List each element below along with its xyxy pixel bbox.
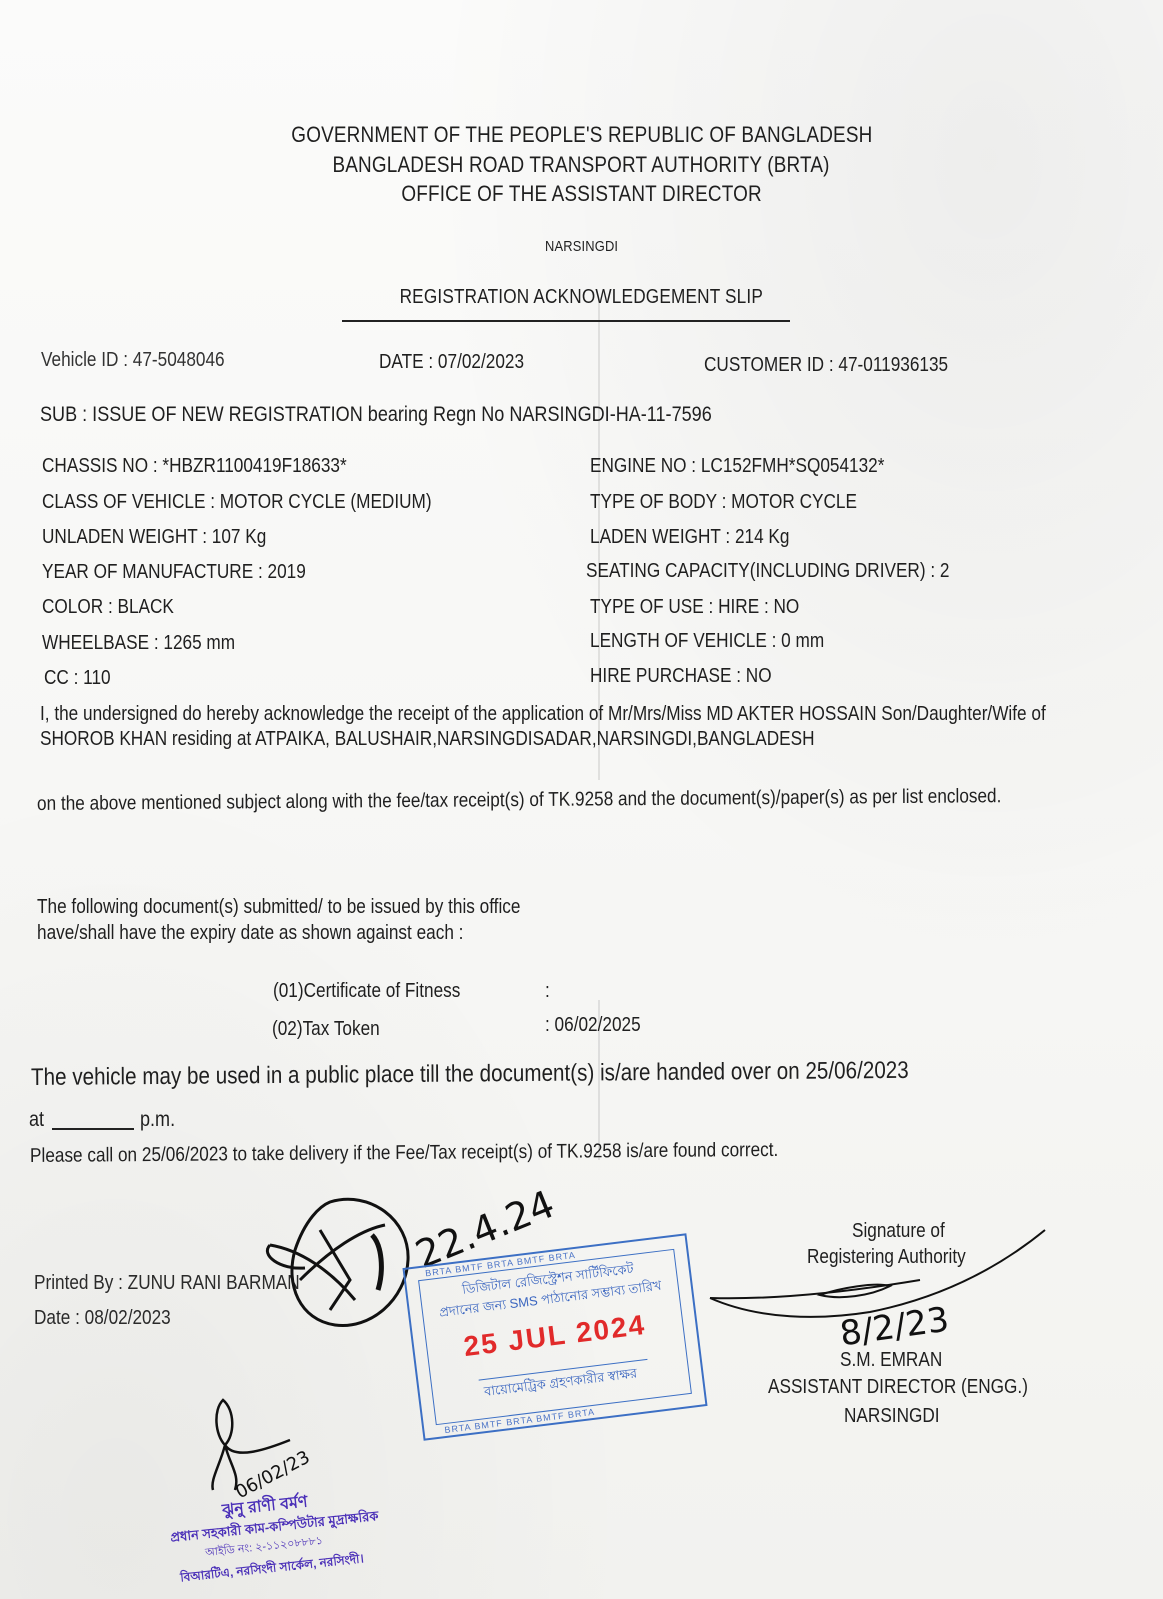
vehicle-detail-field: TYPE OF USE : HIRE : NO bbox=[590, 596, 799, 619]
header-office-location: NARSINGDI bbox=[0, 238, 1163, 255]
usage-pm-label: p.m. bbox=[140, 1108, 175, 1132]
authority-designation: ASSISTANT DIRECTOR (ENGG.) bbox=[768, 1376, 1028, 1399]
signature-mark-icon bbox=[260, 1190, 420, 1340]
acknowledgement-line-3: on the above mentioned subject along wit… bbox=[37, 785, 1002, 816]
page-title: REGISTRATION ACKNOWLEDGEMENT SLIP bbox=[0, 286, 1163, 309]
vehicle-detail-field: CHASSIS NO : *HBZR1100419F18633* bbox=[42, 455, 347, 478]
subject-line: SUB : ISSUE OF NEW REGISTRATION bearing … bbox=[40, 403, 712, 427]
documents-intro-2: have/shall have the expiry date as shown… bbox=[37, 922, 463, 945]
vehicle-detail-field: COLOR : BLACK bbox=[42, 596, 174, 619]
vehicle-detail-field: CC : 110 bbox=[44, 667, 111, 690]
acknowledgement-line-2: SHOROB KHAN residing at ATPAIKA, BALUSHA… bbox=[40, 728, 815, 751]
vehicle-detail-field: WHEELBASE : 1265 mm bbox=[42, 632, 235, 655]
vehicle-detail-field: LENGTH OF VEHICLE : 0 mm bbox=[590, 630, 824, 653]
document-item-value: : 06/02/2025 bbox=[545, 1014, 641, 1037]
document-item-label: (02)Tax Token bbox=[272, 1018, 380, 1041]
title-underline bbox=[342, 320, 790, 322]
vehicle-detail-field: LADEN WEIGHT : 214 Kg bbox=[590, 526, 789, 549]
header-line-brta: BANGLADESH ROAD TRANSPORT AUTHORITY (BRT… bbox=[0, 152, 1163, 178]
vehicle-detail-field: YEAR OF MANUFACTURE : 2019 bbox=[42, 561, 306, 584]
sms-date-stamp: BRTA BMTF BRTA BMTF BRTA BRTA BMTF BRTA … bbox=[402, 1233, 707, 1441]
document-item-value: : bbox=[545, 980, 550, 1003]
vehicle-detail-field: SEATING CAPACITY(INCLUDING DRIVER) : 2 bbox=[586, 560, 949, 583]
delivery-instruction: Please call on 25/06/2023 to take delive… bbox=[30, 1139, 778, 1168]
usage-at-label: at bbox=[29, 1108, 44, 1132]
vehicle-detail-field: ENGINE NO : LC152FMH*SQ054132* bbox=[590, 455, 884, 478]
vehicle-id: Vehicle ID : 47-5048046 bbox=[41, 349, 225, 372]
time-blank-line bbox=[52, 1128, 134, 1130]
printed-date: Date : 08/02/2023 bbox=[34, 1307, 171, 1330]
authority-office: NARSINGDI bbox=[844, 1405, 940, 1428]
svg-text:8/2/23: 8/2/23 bbox=[837, 1300, 951, 1355]
header-line-office: OFFICE OF THE ASSISTANT DIRECTOR bbox=[0, 181, 1163, 207]
initials-signature-icon: 06/02/23 bbox=[195, 1390, 335, 1500]
vehicle-detail-field: HIRE PURCHASE : NO bbox=[590, 665, 772, 688]
customer-id: CUSTOMER ID : 47-011936135 bbox=[704, 354, 948, 377]
usage-statement: The vehicle may be used in a public plac… bbox=[31, 1057, 909, 1092]
vehicle-detail-field: UNLADEN WEIGHT : 107 Kg bbox=[42, 526, 266, 549]
header-line-government: GOVERNMENT OF THE PEOPLE'S REPUBLIC OF B… bbox=[0, 122, 1163, 148]
documents-intro-1: The following document(s) submitted/ to … bbox=[37, 896, 520, 919]
vehicle-detail-field: CLASS OF VEHICLE : MOTOR CYCLE (MEDIUM) bbox=[42, 491, 432, 514]
slip-date: DATE : 07/02/2023 bbox=[379, 351, 524, 374]
document-page: GOVERNMENT OF THE PEOPLE'S REPUBLIC OF B… bbox=[0, 0, 1163, 1599]
authority-signature-icon: 8/2/23 bbox=[700, 1220, 1060, 1370]
acknowledgement-line-1: I, the undersigned do hereby acknowledge… bbox=[40, 703, 1046, 726]
vehicle-detail-field: TYPE OF BODY : MOTOR CYCLE bbox=[590, 491, 857, 514]
document-item-label: (01)Certificate of Fitness bbox=[273, 980, 460, 1003]
